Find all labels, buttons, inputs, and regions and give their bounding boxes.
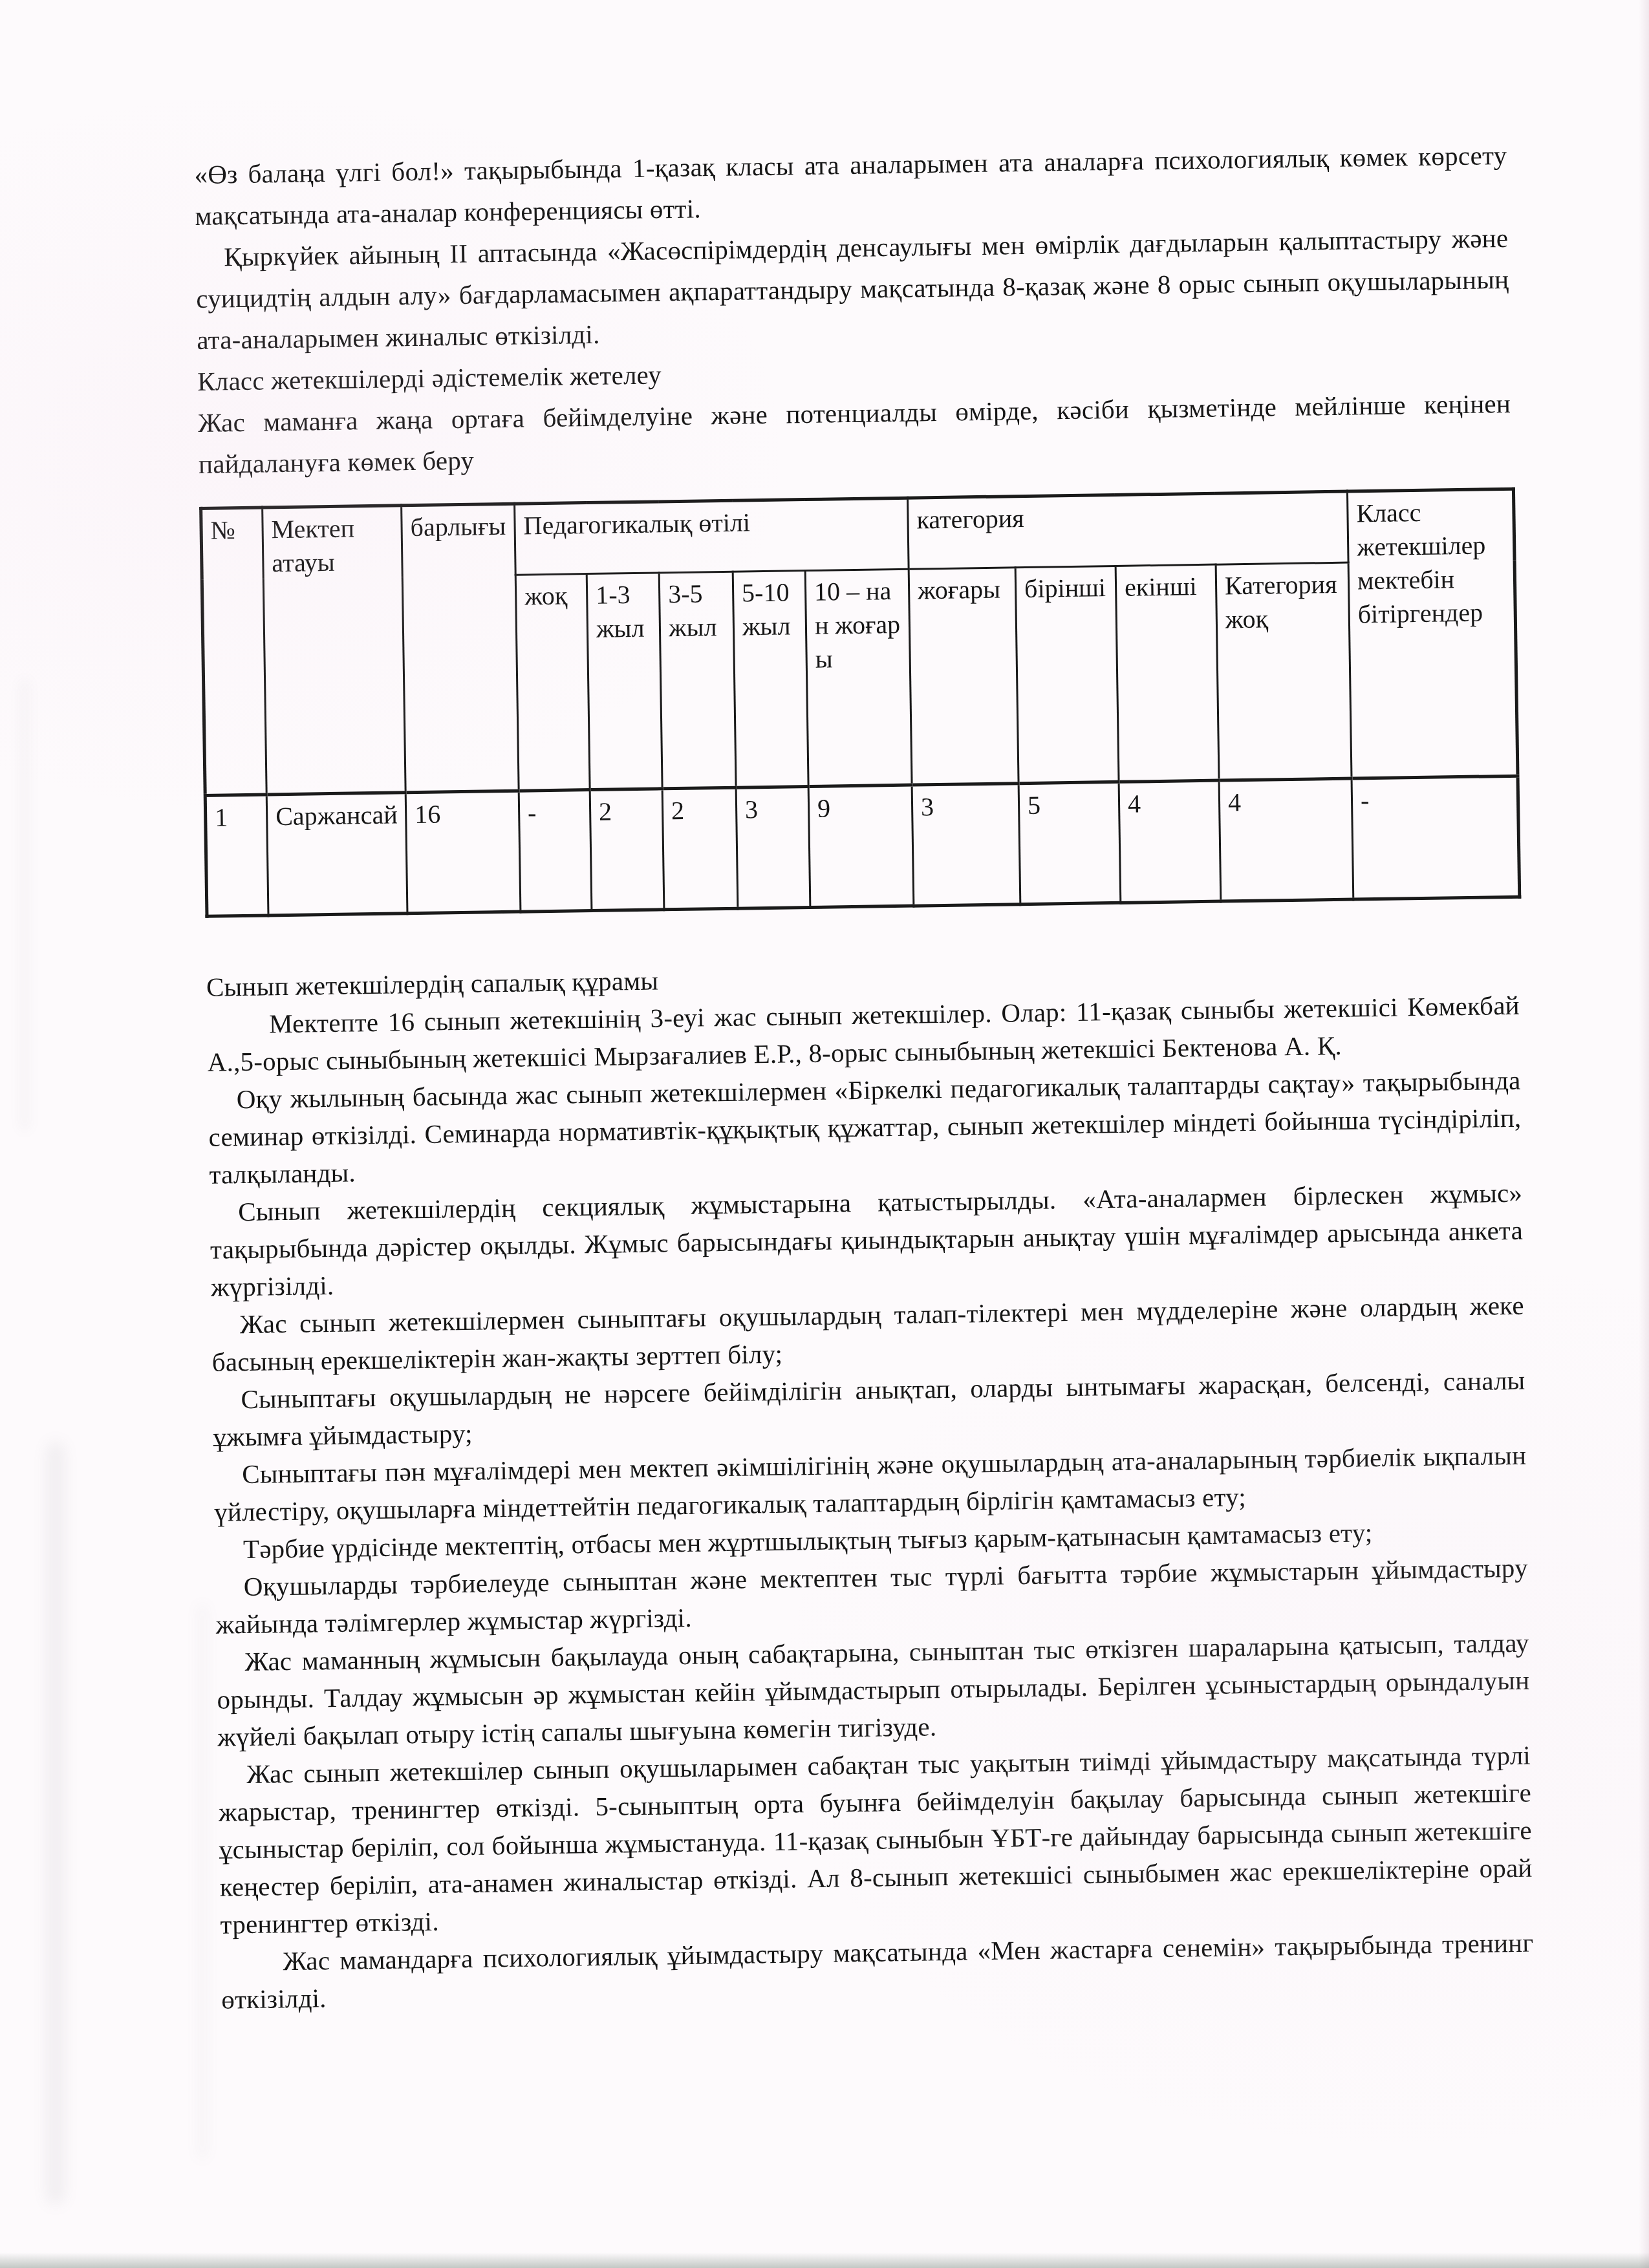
subheader-cell-exp-none: жоқ [515,574,590,791]
scan-artifact-streak [47,1442,65,2205]
header-cell-total: барлығы [402,504,519,793]
data-cell-cat-higher: 3 [912,784,1020,906]
data-cell-total: 16 [405,791,521,914]
header-cell-no: № [201,508,267,795]
scanned-document-page: «Өз балаңа үлгі бол!» тақырыбында 1-қаза… [0,0,1649,2268]
paragraph-section-work: Сынып жетекшілердің секциялық жұмыстарын… [210,1174,1524,1306]
paragraph-monitoring-young-specialist: Жас маманның жұмысын бақылауда оның саба… [216,1624,1530,1756]
data-cell-exp-none: - [519,790,592,912]
paragraph-september-program: Қыркүйек айының II аптасында «Жасөспірім… [195,217,1510,361]
subheader-cell-cat-second: екінші [1115,564,1219,782]
class-teachers-table: № Мектеп атауы барлығы Педагогикалық өті… [199,487,1521,918]
subheader-cell-exp-1-3: 1-3 жыл [587,573,662,790]
data-cell-exp-3-5: 2 [662,787,738,910]
paragraph-seminar: Оқу жылының басында жас сынып жетекшілер… [208,1062,1522,1193]
subheader-cell-cat-none: Категория жоқ [1216,562,1352,780]
data-cell-school: Саржансай [266,793,407,915]
subheader-cell-cat-first: бірінші [1015,566,1119,783]
scan-artifact-streak [198,1603,207,2159]
data-cell-exp-1-3: 2 [590,789,664,911]
scan-artifact-streak [19,679,30,1131]
header-cell-school: Мектеп атауы [263,506,406,795]
data-cell-cat-first: 5 [1018,782,1121,904]
header-group-category: категория [908,491,1349,569]
subheader-cell-exp-10-plus: 10 – нан жоғары [805,569,912,786]
header-group-experience: Педагогикалық өтілі [515,498,909,575]
data-cell-no: 1 [205,795,268,916]
table-data-row: 1 Саржансай 16 - 2 2 3 9 3 5 4 4 - [205,776,1520,916]
subheader-cell-cat-higher: жоғары [909,568,1018,785]
paragraph-trainings-contests: Жас сынып жетекшілер сынып оқушыларымен … [218,1737,1533,1943]
header-cell-graduates: Класс жетекшілер мектебін бітіргендер [1347,489,1518,778]
scan-bottom-edge [0,2252,1649,2268]
subheader-cell-exp-3-5: 3-5 жыл [659,572,736,789]
document-content: «Өз балаңа үлгі бол!» тақырыбында 1-қаза… [194,134,1535,2018]
data-cell-exp-10-plus: 9 [808,785,914,907]
data-cell-exp-5-10: 3 [736,787,810,909]
subheader-cell-exp-5-10: 5-10 жыл [733,571,808,788]
data-cell-cat-none: 4 [1219,778,1353,901]
scan-edge-shadow [1639,0,1649,2268]
data-cell-cat-second: 4 [1119,780,1221,903]
data-cell-graduates: - [1352,776,1520,899]
